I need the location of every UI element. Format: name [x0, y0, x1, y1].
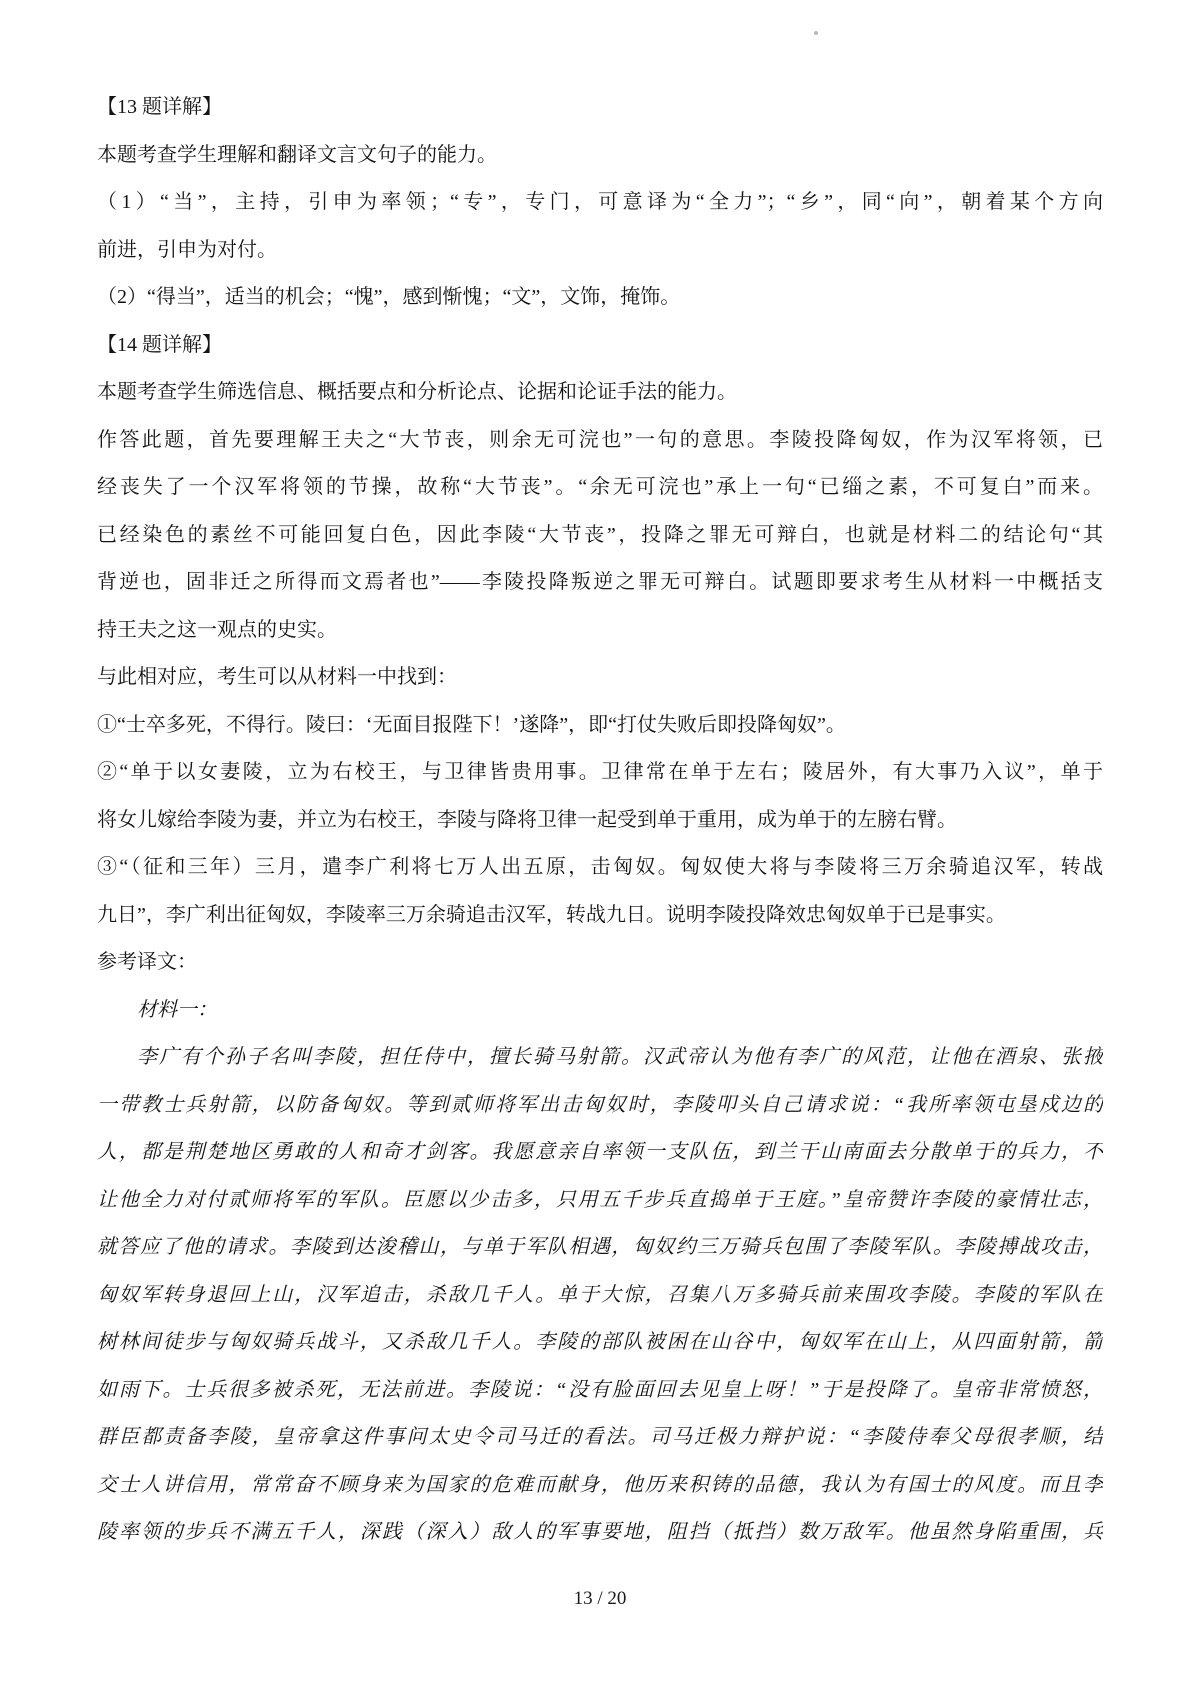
reference-translation-heading: 参考译文：	[97, 939, 1103, 987]
text-line: 与此相对应，考生可以从材料一中找到：	[97, 654, 1103, 702]
translation-line: 交士人讲信用，常常奋不顾身来为国家的危难而献身，他历来积铸的品德，我认为有国士的…	[97, 1462, 1103, 1510]
translation-line: 匈奴军转身退回上山，汉军追击，杀敌几千人。单于大惊，召集八万多骑兵前来围攻李陵。…	[97, 1272, 1103, 1320]
text-line: 本题考查学生筛选信息、概括要点和分析论点、论据和论证手法的能力。	[97, 369, 1103, 417]
text-line: 本题考查学生理解和翻译文言文句子的能力。	[97, 132, 1103, 180]
text-line: （2）“得当”，适当的机会；“愧”，感到惭愧；“文”，文饰，掩饰。	[97, 274, 1103, 322]
translation-line: 让他全力对付贰师将军的军队。臣愿以少击多，只用五千步兵直捣单于王庭。”皇帝赞许李…	[97, 1177, 1103, 1225]
translation-line: 陵率领的步兵不满五千人，深践（深入）敌人的军事要地，阻挡（抵挡）数万敌军。他虽然…	[97, 1509, 1103, 1557]
translation-line: 李广有个孙子名叫李陵，担任侍中，擅长骑马射箭。汉武帝认为他有李广的风范，让他在酒…	[97, 1034, 1103, 1082]
text-line: 前进，引申为对付。	[97, 227, 1103, 275]
translation-line: 如雨下。士兵很多被杀死，无法前进。李陵说：“没有脸面回去见皇上呀！”于是投降了。…	[97, 1367, 1103, 1415]
text-line: 已经染色的素丝不可能回复白色，因此李陵“大节丧”，投降之罪无可辩白，也就是材料二…	[97, 512, 1103, 560]
text-line: 将女儿嫁给李陵为妻，并立为右校王，李陵与降将卫律一起受到单于重用，成为单于的左膀…	[97, 797, 1103, 845]
section-heading-q14: 【14 题详解】	[97, 322, 1103, 370]
text-line: 经丧失了一个汉军将领的节操，故称“大节丧”。“余无可浣也”承上一句“已缁之素，不…	[97, 464, 1103, 512]
text-line: 背逆也，固非迁之所得而文焉者也”——李陵投降叛逆之罪无可辩白。试题即要求考生从材…	[97, 559, 1103, 607]
material-one-heading: 材料一：	[97, 987, 1103, 1035]
scan-speck-artifact	[814, 31, 818, 35]
translation-line: 就答应了他的请求。李陵到达浚稽山，与单于军队相遇，匈奴约三万骑兵包围了李陵军队。…	[97, 1224, 1103, 1272]
document-page: 【13 题详解】 本题考查学生理解和翻译文言文句子的能力。 （1）“当”，主持，…	[0, 0, 1200, 1697]
list-item-1: ①“士卒多死，不得行。陵曰：‘无面目报陛下！’遂降”，即“打仗失败后即投降匈奴”…	[97, 702, 1103, 750]
list-item-3: ③“（征和三年）三月，遣李广利将七万人出五原，击匈奴。匈奴使大将与李陵将三万余骑…	[97, 844, 1103, 892]
text-line: 持王夫之这一观点的史实。	[97, 607, 1103, 655]
translation-line: 群臣都责备李陵，皇帝拿这件事问太史令司马迁的看法。司马迁极力辩护说：“李陵侍奉父…	[97, 1414, 1103, 1462]
page-number: 13 / 20	[0, 1588, 1200, 1610]
document-body: 【13 题详解】 本题考查学生理解和翻译文言文句子的能力。 （1）“当”，主持，…	[97, 84, 1103, 1557]
translation-line: 树林间徒步与匈奴骑兵战斗，又杀敌几千人。李陵的部队被困在山谷中，匈奴军在山上，从…	[97, 1319, 1103, 1367]
text-line: 作答此题，首先要理解王夫之“大节丧，则余无可浣也”一句的意思。李陵投降匈奴，作为…	[97, 417, 1103, 465]
section-heading-q13: 【13 题详解】	[97, 84, 1103, 132]
translation-line: 一带教士兵射箭，以防备匈奴。等到贰师将军出击匈奴时，李陵叩头自己请求说：“我所率…	[97, 1082, 1103, 1130]
text-line: （1）“当”，主持，引申为率领；“专”，专门，可意译为“全力”；“乡”，同“向”…	[97, 179, 1103, 227]
translation-line: 人，都是荆楚地区勇敢的人和奇才剑客。我愿意亲自率领一支队伍，到兰干山南面去分散单…	[97, 1129, 1103, 1177]
text-line: 九日”，李广利出征匈奴，李陵率三万余骑追击汉军，转战九日。说明李陵投降效忠匈奴单…	[97, 892, 1103, 940]
list-item-2: ②“单于以女妻陵，立为右校王，与卫律皆贵用事。卫律常在单于左右；陵居外，有大事乃…	[97, 749, 1103, 797]
